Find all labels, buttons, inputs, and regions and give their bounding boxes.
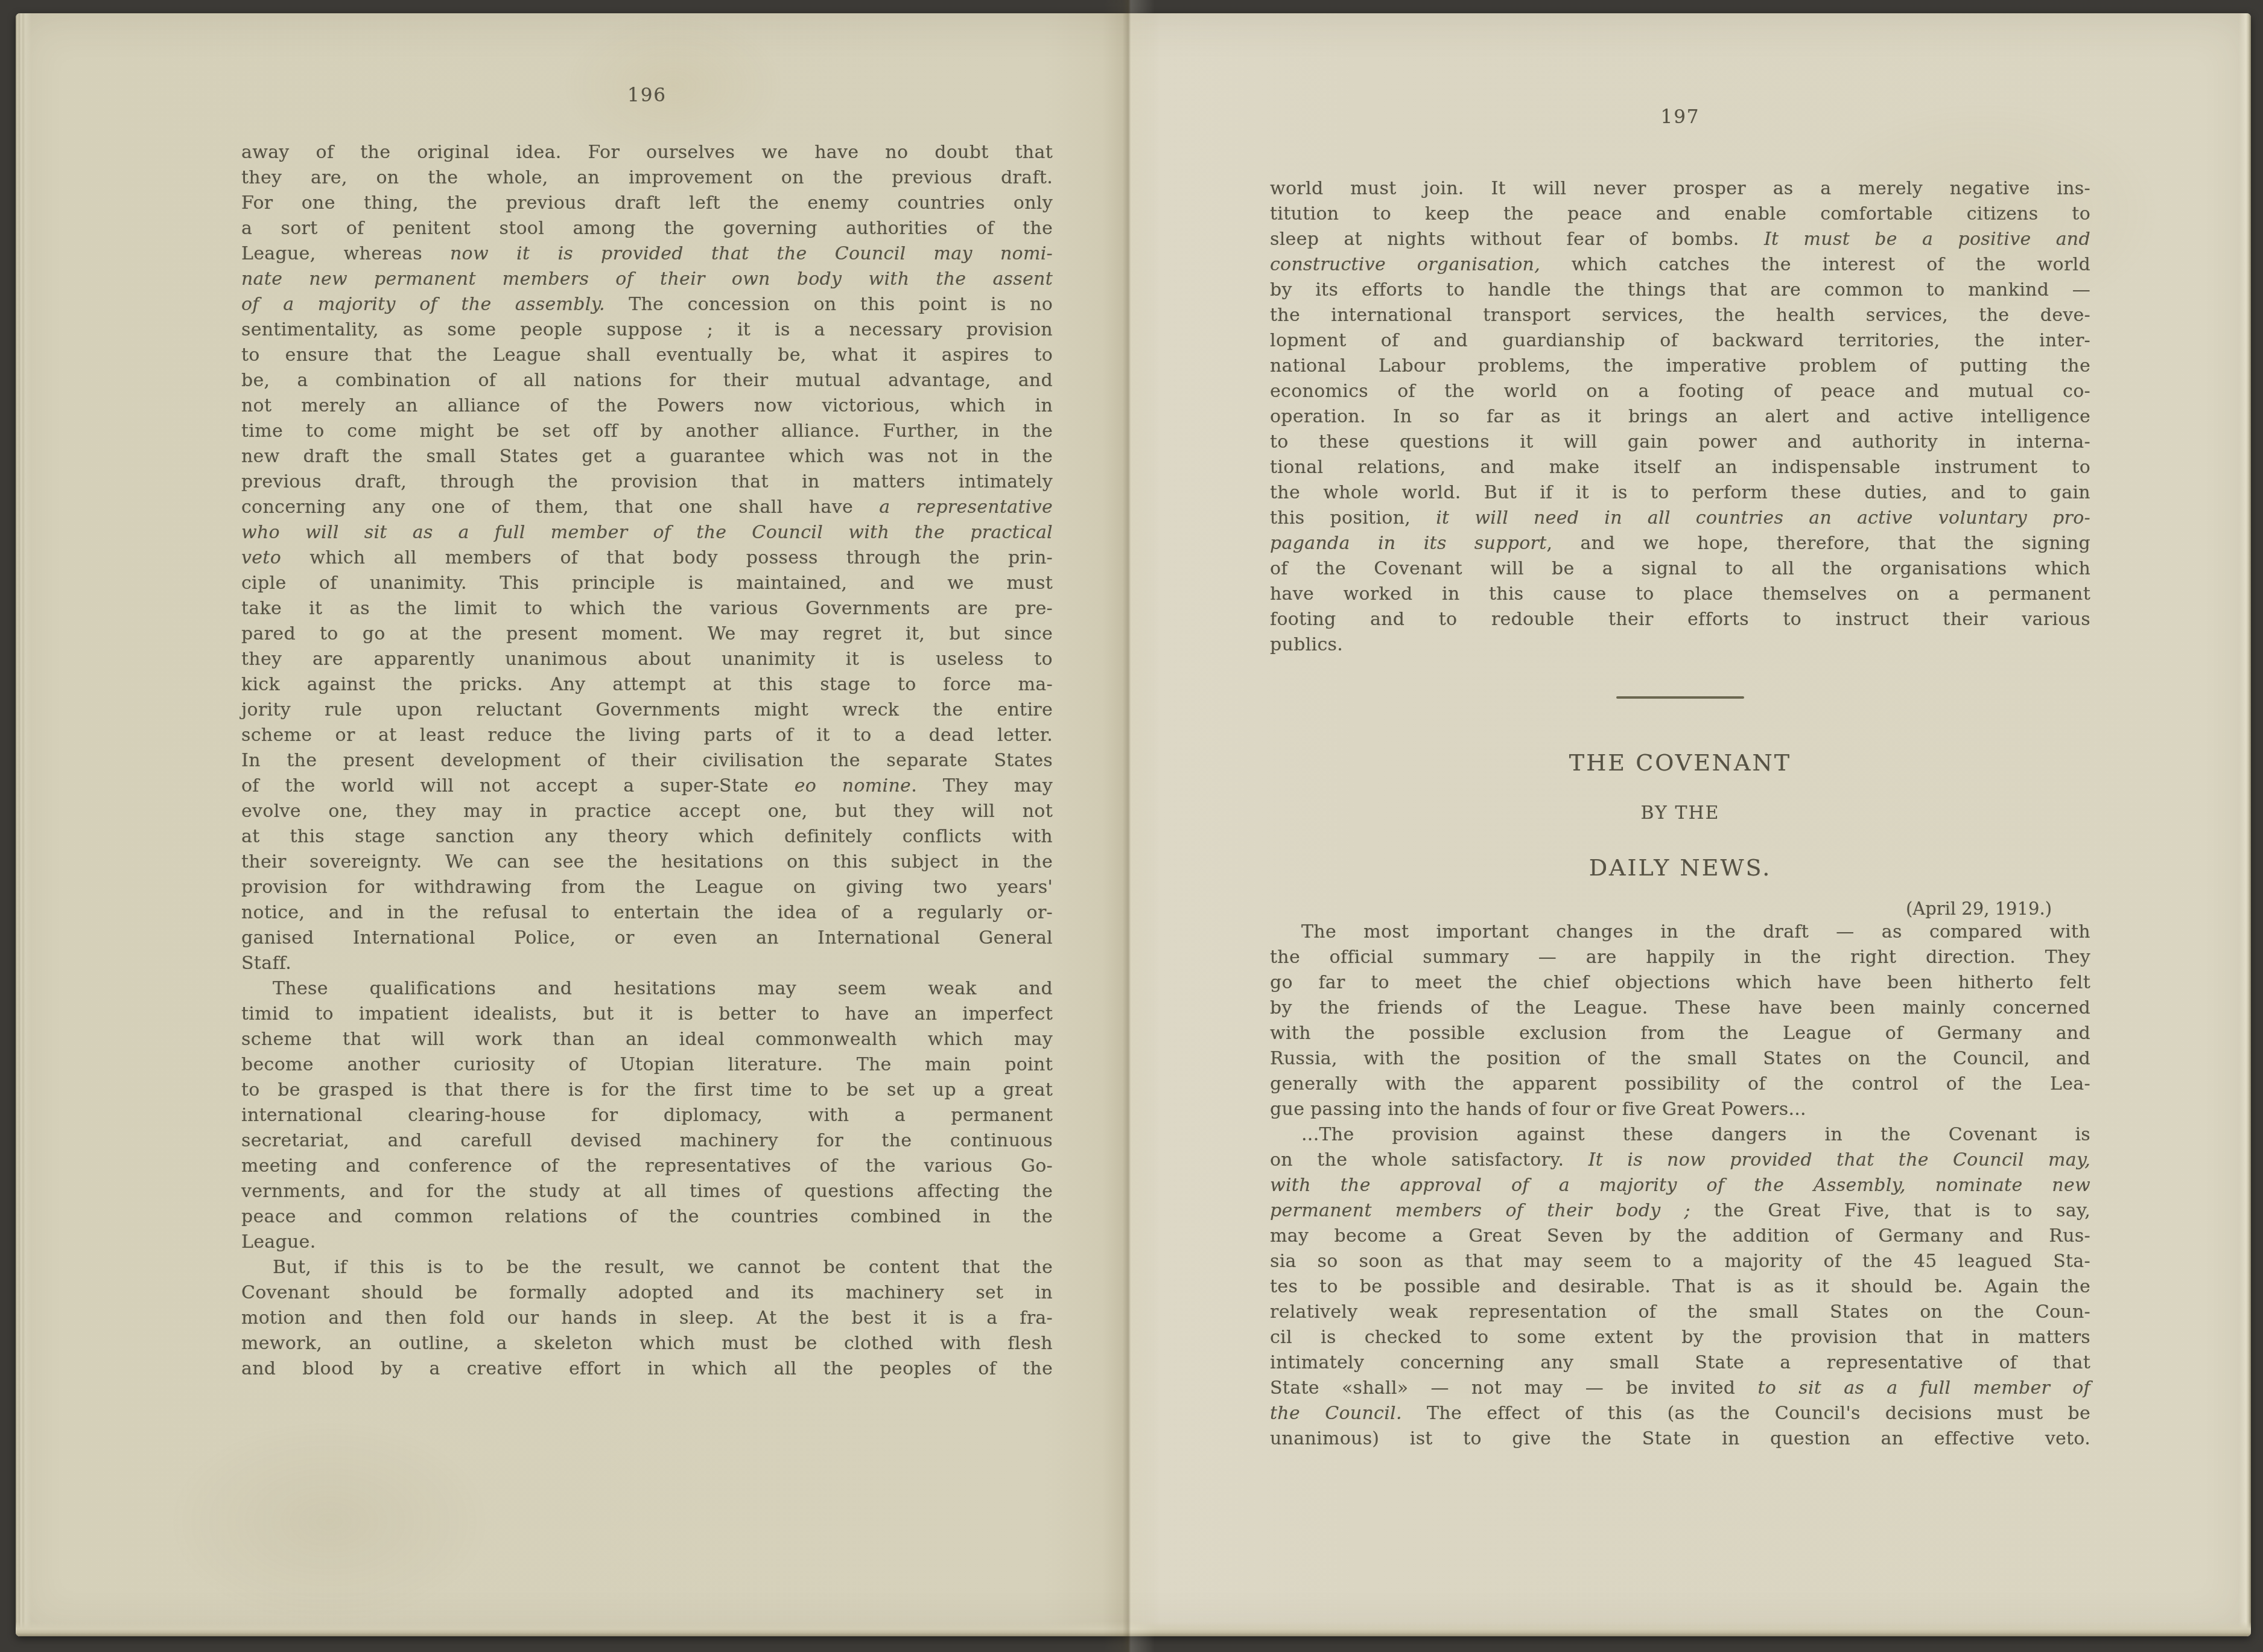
text-line: peace and common relations of the countr… — [241, 1204, 1053, 1230]
page-197-bottom-paragraphs: The most important changes in the draft … — [1270, 920, 2090, 1452]
text-line: kick against the pricks. Any attempt at … — [241, 672, 1053, 697]
text-line: permanent members of their body ; the Gr… — [1270, 1198, 2090, 1224]
text-line: of the Covenant will be a signal to all … — [1270, 556, 2090, 582]
text-line: to be grasped is that there is for the f… — [241, 1078, 1053, 1103]
text-line: relatively weak representation of the sm… — [1270, 1300, 2090, 1325]
page-number-197: 197 — [1270, 106, 2090, 128]
text-line: time to come might be set off by another… — [241, 419, 1053, 444]
text-line: tional relations, and make itself an ind… — [1270, 455, 2090, 480]
text-line: new draft the small States get a guarant… — [241, 444, 1053, 469]
text-line: by the friends of the League. These have… — [1270, 996, 2090, 1021]
text-line: at this stage sanction any theory which … — [241, 824, 1053, 850]
text-line: with the possible exclusion from the Lea… — [1270, 1021, 2090, 1046]
text-line: they are apparently unanimous about unan… — [241, 647, 1053, 672]
scanned-book-spread: 196 197 away of the original idea. For o… — [0, 0, 2263, 1652]
text-line: unanimous) ist to give the State in ques… — [1270, 1426, 2090, 1452]
text-line: timid to impatient idealists, but it is … — [241, 1002, 1053, 1027]
text-line: notice, and in the refusal to entertain … — [241, 900, 1053, 926]
text-line: provision for withdrawing from the Leagu… — [241, 875, 1053, 900]
page-197-top-paragraphs: world must join. It will never prosper a… — [1270, 176, 2090, 658]
text-line: take it as the limit to which the variou… — [241, 596, 1053, 621]
text-line: jority rule upon reluctant Governments m… — [241, 697, 1053, 723]
text-line: international clearing-house for diploma… — [241, 1103, 1053, 1128]
text-line: League. — [241, 1230, 1053, 1255]
text-line: nate new permanent members of their own … — [241, 267, 1053, 292]
text-line: The most important changes in the draft … — [1270, 920, 2090, 945]
text-line: previous draft, through the provision th… — [241, 469, 1053, 495]
text-line: a sort of penitent stool among the gover… — [241, 216, 1053, 241]
text-line: the international transport services, th… — [1270, 303, 2090, 328]
article-source: DAILY NEWS. — [1270, 854, 2090, 881]
text-line: away of the original idea. For ourselves… — [241, 140, 1053, 165]
text-line: to ensure that the League shall eventual… — [241, 343, 1053, 368]
text-line: motion and then fold our hands in sleep.… — [241, 1306, 1053, 1331]
text-line: have worked in this cause to place thems… — [1270, 582, 2090, 607]
text-line: titution to keep the peace and enable co… — [1270, 202, 2090, 227]
paragraph: These qualifications and hesitations may… — [241, 976, 1053, 1255]
page-stack-edge-right — [2239, 13, 2251, 1636]
paragraph: away of the original idea. For ourselves… — [241, 140, 1053, 976]
paragraph: ...The provision against these dangers i… — [1270, 1122, 2090, 1452]
text-line: veto which all members of that body poss… — [241, 545, 1053, 571]
text-line: the official summary — are happily in th… — [1270, 945, 2090, 970]
text-line: intimately concerning any small State a … — [1270, 1350, 2090, 1376]
text-line: who will sit as a full member of the Cou… — [241, 520, 1053, 545]
text-line: secretariat, and carefull devised machin… — [241, 1128, 1053, 1154]
paragraph: world must join. It will never prosper a… — [1270, 176, 2090, 658]
text-line: These qualifications and hesitations may… — [241, 976, 1053, 1002]
paragraph: But, if this is to be the result, we can… — [241, 1255, 1053, 1382]
text-line: economics of the world on a footing of p… — [1270, 379, 2090, 404]
text-line: vernments, and for the study at all time… — [241, 1179, 1053, 1204]
page-stack-edge-left — [16, 13, 31, 1636]
text-line: of a majority of the assembly. The conce… — [241, 292, 1053, 317]
text-line: sleep at nights without fear of bombs. I… — [1270, 227, 2090, 252]
text-line: footing and to redouble their efforts to… — [1270, 607, 2090, 632]
text-line: they are, on the whole, an improvement o… — [241, 165, 1053, 191]
text-line: meeting and conference of the representa… — [241, 1154, 1053, 1179]
text-line: ...The provision against these dangers i… — [1270, 1122, 2090, 1148]
text-line: publics. — [1270, 632, 2090, 658]
text-line: this position, it will need in all count… — [1270, 506, 2090, 531]
text-line: sentimentality, as some people suppose ;… — [241, 317, 1053, 343]
text-line: not merely an alliance of the Powers now… — [241, 393, 1053, 419]
text-line: Covenant should be formally adopted and … — [241, 1280, 1053, 1306]
page-number-196: 196 — [241, 84, 1053, 106]
text-line: For one thing, the previous draft left t… — [241, 191, 1053, 216]
article-byline: BY THE — [1270, 802, 2090, 824]
text-line: with the approval of a majority of the A… — [1270, 1173, 2090, 1198]
article-title: THE COVENANT — [1270, 749, 2090, 776]
text-line: of the world will not accept a super-Sta… — [241, 774, 1053, 799]
text-line: In the present development of their civi… — [241, 748, 1053, 774]
text-line: ganised International Police, or even an… — [241, 926, 1053, 951]
page-stack-edge-bottom — [16, 1622, 2251, 1636]
text-line: pared to go at the present moment. We ma… — [241, 621, 1053, 647]
text-line: gue passing into the hands of four or fi… — [1270, 1097, 2090, 1122]
text-line: become another curiosity of Utopian lite… — [241, 1052, 1053, 1078]
page-197-text-column: world must join. It will never prosper a… — [1270, 176, 2090, 1452]
text-line: ciple of unanimity. This principle is ma… — [241, 571, 1053, 596]
text-line: State «shall» — not may — be invited to … — [1270, 1376, 2090, 1401]
text-line: Russia, with the position of the small S… — [1270, 1046, 2090, 1072]
text-line: scheme or at least reduce the living par… — [241, 723, 1053, 748]
text-line: tes to be possible and desirable. That i… — [1270, 1274, 2090, 1300]
text-line: cil is checked to some extent by the pro… — [1270, 1325, 2090, 1350]
text-line: operation. In so far as it brings an ale… — [1270, 404, 2090, 430]
text-line: constructive organisation, which catches… — [1270, 252, 2090, 278]
text-line: concerning any one of them, that one sha… — [241, 495, 1053, 520]
text-line: to these questions it will gain power an… — [1270, 430, 2090, 455]
text-line: the whole world. But if it is to perform… — [1270, 480, 2090, 506]
text-line: League, whereas now it is provided that … — [241, 241, 1053, 267]
text-line: evolve one, they may in practice accept … — [241, 799, 1053, 824]
text-line: national Labour problems, the imperative… — [1270, 354, 2090, 379]
text-line: generally with the apparent possibility … — [1270, 1072, 2090, 1097]
text-line: lopment of and guardianship of backward … — [1270, 328, 2090, 354]
text-line: go far to meet the chief objections whic… — [1270, 970, 2090, 996]
section-divider-rule — [1616, 696, 1744, 699]
text-line: the Council. The effect of this (as the … — [1270, 1401, 2090, 1426]
text-line: But, if this is to be the result, we can… — [241, 1255, 1053, 1280]
text-line: mework, an outline, a skeleton which mus… — [241, 1331, 1053, 1356]
text-line: on the whole satisfactory. It is now pro… — [1270, 1148, 2090, 1173]
text-line: sia so soon as that may seem to a majori… — [1270, 1249, 2090, 1274]
text-line: paganda in its support, and we hope, the… — [1270, 531, 2090, 556]
text-line: Staff. — [241, 951, 1053, 976]
page-196-text-column: away of the original idea. For ourselves… — [241, 140, 1053, 1382]
text-line: be, a combination of all nations for the… — [241, 368, 1053, 393]
text-line: scheme that will work than an ideal comm… — [241, 1027, 1053, 1052]
text-line: may become a Great Seven by the addition… — [1270, 1224, 2090, 1249]
text-line: and blood by a creative effort in which … — [241, 1356, 1053, 1382]
paragraph: The most important changes in the draft … — [1270, 920, 2090, 1122]
article-date: (April 29, 1919.) — [1270, 898, 2090, 920]
text-line: by its efforts to handle the things that… — [1270, 278, 2090, 303]
text-line: world must join. It will never prosper a… — [1270, 176, 2090, 202]
text-line: their sovereignty. We can see the hesita… — [241, 850, 1053, 875]
